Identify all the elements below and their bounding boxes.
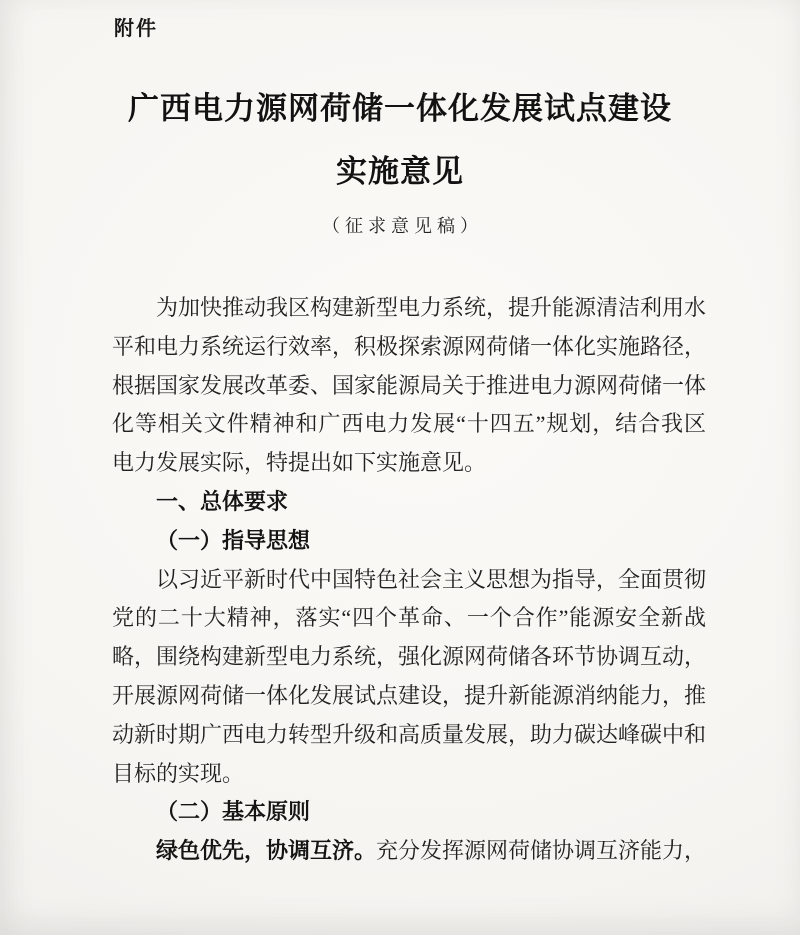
bold-text: 一、总体要求 bbox=[156, 489, 288, 514]
body-text: 根据国家发展改革委、国家能源局关于推进电力源网荷储一体 bbox=[112, 373, 706, 398]
text-line: 党的二十大精神，落实“四个革命、一个合作”能源安全新战 bbox=[112, 599, 706, 638]
title-line-2: 实施意见 bbox=[0, 140, 800, 203]
document-page: 附件 广西电力源网荷储一体化发展试点建设 实施意见 （征求意见稿） 为加快推动我… bbox=[0, 0, 800, 935]
document-subtitle: （征求意见稿） bbox=[0, 212, 800, 238]
text-line: 一、总体要求 bbox=[112, 483, 706, 522]
body-text: 为加快推动我区构建新型电力系统，提升能源清洁利用水 bbox=[156, 295, 706, 320]
text-line: 略，围绕构建新型电力系统，强化源网荷储各环节协调互动， bbox=[112, 638, 706, 677]
body-text: 党的二十大精神，落实“四个革命、一个合作”能源安全新战 bbox=[112, 605, 706, 630]
body-text: 开展源网荷储一体化发展试点建设，提升新能源消纳能力，推 bbox=[112, 683, 706, 708]
body-text: 充分发挥源网荷储协调互济能力， bbox=[376, 838, 706, 863]
body-text: 平和电力系统运行效率，积极探索源网荷储一体化实施路径， bbox=[112, 334, 706, 359]
body-text: 目标的实现。 bbox=[112, 761, 244, 786]
title-line-1: 广西电力源网荷储一体化发展试点建设 bbox=[0, 77, 800, 140]
text-line: 动新时期广西电力转型升级和高质量发展，助力碳达峰碳中和 bbox=[112, 716, 706, 755]
text-line: 绿色优先，协调互济。充分发挥源网荷储协调互济能力， bbox=[112, 832, 706, 871]
body-text: 略，围绕构建新型电力系统，强化源网荷储各环节协调互动， bbox=[112, 644, 706, 669]
body-text: 电力发展实际，特提出如下实施意见。 bbox=[112, 450, 486, 475]
text-line: 电力发展实际，特提出如下实施意见。 bbox=[112, 444, 706, 483]
document-title: 广西电力源网荷储一体化发展试点建设 实施意见 bbox=[0, 77, 800, 203]
bold-text: 绿色优先，协调互济。 bbox=[156, 838, 376, 863]
body-text: 以习近平新时代中国特色社会主义思想为指导，全面贯彻 bbox=[156, 567, 706, 592]
text-line: 以习近平新时代中国特色社会主义思想为指导，全面贯彻 bbox=[112, 561, 706, 600]
text-line: 为加快推动我区构建新型电力系统，提升能源清洁利用水 bbox=[112, 289, 706, 328]
text-line: 根据国家发展改革委、国家能源局关于推进电力源网荷储一体 bbox=[112, 367, 706, 406]
bold-text: （一）指导思想 bbox=[156, 528, 310, 553]
text-line: 开展源网荷储一体化发展试点建设，提升新能源消纳能力，推 bbox=[112, 677, 706, 716]
bold-text: （二）基本原则 bbox=[156, 799, 310, 824]
body-text: 动新时期广西电力转型升级和高质量发展，助力碳达峰碳中和 bbox=[112, 722, 706, 747]
document-body: 为加快推动我区构建新型电力系统，提升能源清洁利用水平和电力系统运行效率，积极探索… bbox=[112, 289, 706, 871]
text-line: 化等相关文件精神和广西电力发展“十四五”规划，结合我区 bbox=[112, 405, 706, 444]
text-line: 目标的实现。 bbox=[112, 755, 706, 794]
body-text: 化等相关文件精神和广西电力发展“十四五”规划，结合我区 bbox=[112, 411, 706, 436]
text-line: （一）指导思想 bbox=[112, 522, 706, 561]
text-line: 平和电力系统运行效率，积极探索源网荷储一体化实施路径， bbox=[112, 328, 706, 367]
attachment-label: 附件 bbox=[114, 12, 158, 41]
text-line: （二）基本原则 bbox=[112, 793, 706, 832]
